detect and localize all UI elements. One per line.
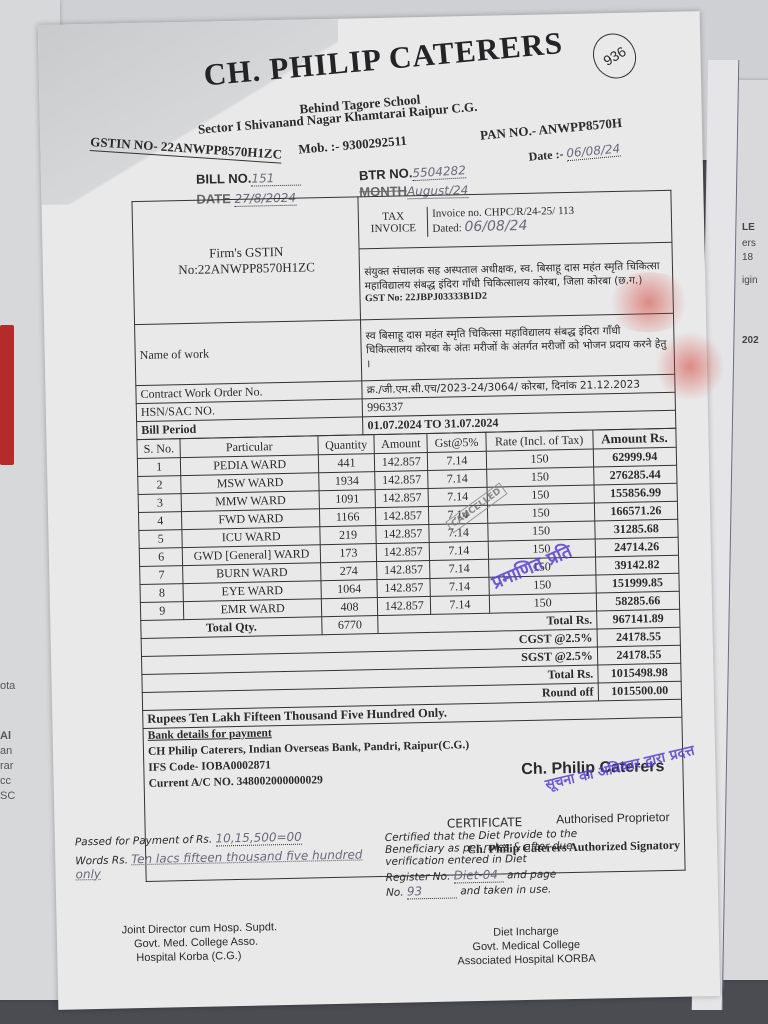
cell-qty: 441 (318, 454, 375, 473)
cgst-value: 24178.55 (597, 627, 681, 647)
cell-amount: 142.857 (377, 560, 431, 579)
cell-gst: 7.14 (428, 469, 486, 488)
red-folder-edge (0, 325, 14, 465)
cell-sno: 2 (138, 476, 182, 495)
cell-gst: 7.14 (430, 541, 488, 560)
cell-sno: 4 (138, 512, 182, 531)
register-label: Register No. (386, 871, 451, 884)
diet-line-3: Associated Hospital KORBA (457, 952, 595, 969)
cell-amount: 142.857 (375, 470, 429, 489)
left-sheet-fragment: an (0, 745, 12, 757)
bill-no-label: BILL NO. (196, 171, 252, 187)
page-label: and page (507, 868, 557, 881)
left-sheet-fragment: Al (0, 730, 11, 742)
cell-amount: 142.857 (374, 452, 428, 471)
cell-total: 24714.26 (595, 537, 679, 557)
invoice-header-table: Firm's GSTIN No:22ANWPP8570H1ZC TAX INVO… (131, 190, 676, 440)
words-label: Words Rs. (75, 854, 128, 867)
circled-serial-number: 936 (585, 25, 645, 86)
name-of-work-label: Name of work (135, 320, 363, 386)
column-header: Rate (Incl. of Tax) (485, 430, 593, 451)
cell-amount: 142.857 (375, 488, 429, 507)
jd-line-3: Hospital Korba (C.G.) (122, 948, 278, 965)
bill-no: BILL NO.151 (196, 170, 302, 188)
date-label: Date :- (528, 147, 564, 164)
right-sheet-fragment: igin (742, 275, 758, 286)
tax-invoice-label: TAX INVOICE (359, 207, 428, 238)
joint-director-signature: Joint Director cum Hosp. Supdt. Govt. Me… (122, 920, 278, 965)
column-header: Amount Rs. (593, 428, 677, 449)
pan-number: PAN NO.- ANWPP8570H (479, 115, 622, 144)
passed-for-payment: Passed for Payment of Rs. 10,15,500=00 (75, 828, 375, 849)
cell-total: 62999.94 (593, 447, 677, 467)
cell-qty: 408 (321, 598, 378, 617)
red-stain (603, 271, 694, 333)
cell-sno: 1 (137, 458, 181, 477)
total-rs-value: 967141.89 (596, 609, 680, 629)
register-value: Diet-04 (454, 867, 504, 883)
cell-total: 151999.85 (596, 573, 680, 593)
column-header: Gst@5% (427, 432, 485, 452)
cell-rate: 150 (486, 449, 594, 469)
btr-no-label: BTR NO. (359, 165, 413, 183)
diet-incharge-signature: Diet Incharge Govt. Medical College Asso… (457, 924, 596, 969)
cell-gst: 7.14 (430, 559, 488, 578)
cell-amount: 142.857 (377, 596, 431, 615)
cell-qty: 173 (320, 544, 377, 563)
page-no-label: No. (386, 887, 404, 899)
cell-amount: 142.857 (376, 542, 430, 561)
round-off-value: 1015500.00 (598, 681, 682, 701)
left-sheet-fragment: SC (0, 790, 15, 802)
right-sheet-fragment: 18 (742, 252, 753, 263)
grand-total-value: 1015498.98 (598, 663, 682, 683)
cell-total: 58285.66 (596, 591, 680, 611)
tax-invoice-cell: TAX INVOICE Invoice no. CHPC/R/24-25/ 11… (358, 190, 672, 249)
btr-no-value: 5504282 (412, 163, 466, 181)
header-date: Date :- 06/08/24 (528, 141, 621, 164)
cell-total: 155856.99 (594, 483, 678, 503)
cell-sno: 5 (139, 530, 183, 549)
cell-qty: 274 (320, 562, 377, 581)
right-sheet-fragment: ers (742, 238, 756, 249)
sgst-value: 24178.55 (597, 645, 681, 665)
column-header: Amount (374, 433, 428, 453)
right-sheet-fragment: 202 (742, 335, 759, 346)
page-no-value: 93 (407, 883, 457, 899)
cell-qty: 1166 (319, 508, 376, 527)
total-qty-value: 6770 (322, 616, 379, 635)
passed-value: 10,15,500=00 (215, 830, 302, 847)
cell-qty: 1934 (319, 472, 376, 491)
left-sheet-fragment: ota (0, 680, 15, 692)
column-header: S. No. (137, 439, 181, 459)
certificate-block: CERTIFICATE Certified that the Diet Prov… (384, 814, 586, 900)
left-sheet-fragment: rar (0, 760, 13, 772)
date-value: 06/08/24 (566, 141, 621, 161)
cell-rate: 150 (489, 593, 597, 613)
invoice-number-block: Invoice no. CHPC/R/24-25/ 113 Dated: 06/… (428, 201, 672, 236)
cell-sno: 9 (140, 602, 184, 621)
cell-sno: 3 (138, 494, 182, 513)
page-line: No. 93 and taken in use. (386, 881, 586, 900)
passed-label: Passed for Payment of Rs. (75, 834, 213, 849)
cell-sno: 7 (140, 566, 184, 585)
dated-value: 06/08/24 (464, 217, 527, 234)
left-sheet-fragment: cc (0, 775, 11, 787)
cell-total: 276285.44 (593, 465, 677, 485)
column-header: Quantity (318, 435, 375, 455)
cell-gst: 7.14 (428, 451, 486, 470)
bill-no-value: 151 (251, 171, 301, 187)
invoice-sheet: CH. PHILIP CATERERS 936 Behind Tagore Sc… (38, 11, 720, 1010)
cell-sno: 6 (139, 548, 183, 567)
right-sheet-fragment: LE (742, 222, 755, 233)
cell-qty: 219 (320, 526, 377, 545)
cell-rate: 150 (486, 467, 594, 487)
cell-sno: 8 (140, 584, 184, 603)
btr-no: BTR NO.5504282 (359, 162, 467, 184)
cell-amount: 142.857 (377, 578, 431, 597)
taken-in-use: and taken in use. (460, 883, 551, 897)
cell-amount: 142.857 (376, 524, 430, 543)
cell-qty: 1064 (321, 580, 378, 599)
payment-passed-block: Passed for Payment of Rs. 10,15,500=00 W… (75, 828, 376, 881)
cell-amount: 142.857 (376, 506, 430, 525)
cell-total: 31285.68 (595, 519, 679, 539)
cell-rate: 150 (487, 503, 595, 523)
cell-rate: 150 (487, 521, 595, 541)
cell-total: 39142.82 (595, 555, 679, 575)
dated-label: Dated: (432, 222, 462, 235)
cell-total: 166571.26 (594, 501, 678, 521)
firm-gstin-value: No:22ANWPP8570H1ZC (138, 258, 356, 279)
certificate-text: Certified that the Diet Provide to the B… (385, 828, 586, 868)
cell-gst: 7.14 (430, 577, 488, 596)
cell-gst: 7.14 (431, 595, 489, 614)
items-body: 1PEDIA WARD441142.8577.1415062999.942MSW… (137, 447, 679, 620)
cell-qty: 1091 (319, 490, 376, 509)
items-table: S. No.ParticularQuantityAmountGst@5%Rate… (136, 428, 685, 882)
firm-gstin-cell: Firm's GSTIN No:22ANWPP8570H1ZC (132, 197, 361, 325)
